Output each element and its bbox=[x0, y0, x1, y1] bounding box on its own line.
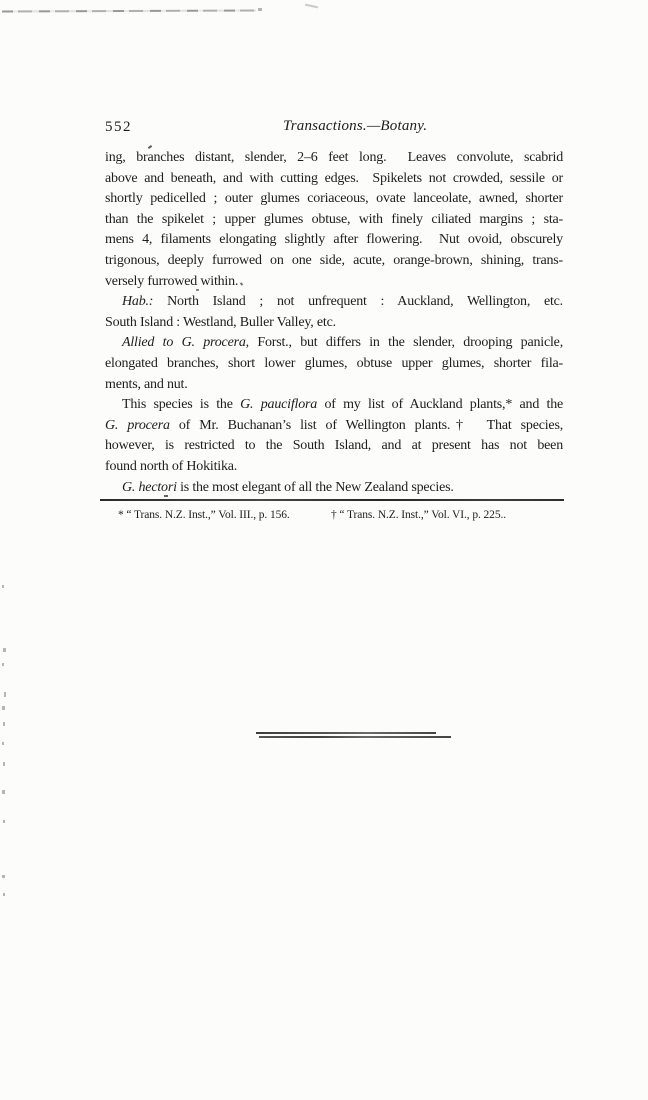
footnote-rule bbox=[100, 499, 564, 501]
text-line: Hab.: North Island ; not unfrequent : Au… bbox=[105, 292, 563, 313]
text-segment: however, is restricted to the South Isla… bbox=[105, 438, 563, 453]
text-segment: mens 4, filaments elongating slightly af… bbox=[105, 232, 563, 247]
text-segment: This species is the bbox=[122, 397, 240, 412]
text-segment: found north of Hokitika. bbox=[105, 459, 237, 474]
italic-text-segment: Allied to G. procera bbox=[122, 335, 246, 350]
scan-speck bbox=[4, 692, 6, 697]
text-line: This species is the G. pauciflora of my … bbox=[105, 395, 563, 416]
text-line: versely furrowed within. bbox=[105, 272, 563, 293]
scan-speck bbox=[3, 893, 5, 896]
scan-speck bbox=[3, 648, 6, 652]
text-segment: North Island ; not unfrequent : Auckland… bbox=[153, 294, 563, 309]
text-line: however, is restricted to the South Isla… bbox=[105, 436, 563, 457]
text-segment: ing, branches distant, slender, 2–6 feet… bbox=[105, 150, 563, 165]
text-segment: of my list of Auckland plants,* and the bbox=[317, 397, 563, 412]
text-segment: above and beneath, and with cutting edge… bbox=[105, 171, 563, 186]
scanned-document-page: 552 Transactions.—Botany. ing, branches … bbox=[0, 0, 648, 1100]
scan-speck bbox=[2, 585, 4, 588]
italic-text-segment: G. procera bbox=[105, 418, 170, 433]
italic-text-segment: Hab.: bbox=[122, 294, 153, 309]
scan-speck bbox=[305, 4, 318, 9]
section-divider-rule bbox=[255, 732, 451, 738]
footnote-right: † “ Trans. N.Z. Inst.,” Vol. VI., p. 225… bbox=[331, 507, 506, 523]
scan-speck bbox=[2, 706, 5, 710]
text-line: South Island : Westland, Buller Valley, … bbox=[105, 313, 563, 334]
text-segment: elongated branches, short lower glumes, … bbox=[105, 356, 563, 371]
scan-speck bbox=[3, 820, 5, 823]
text-line: shortly pedicelled ; outer glumes coriac… bbox=[105, 189, 563, 210]
italic-text-segment: G. hectori bbox=[122, 480, 177, 495]
section-divider-rule-top bbox=[256, 732, 436, 734]
body-text-column: ing, branches distant, slender, 2–6 feet… bbox=[105, 148, 563, 498]
scan-speck bbox=[3, 722, 5, 726]
text-line: mens 4, filaments elongating slightly af… bbox=[105, 230, 563, 251]
section-divider-rule-bottom bbox=[259, 736, 451, 738]
scan-speck bbox=[3, 762, 5, 766]
text-line: Allied to G. procera, Forst., but differ… bbox=[105, 333, 563, 354]
text-line: elongated branches, short lower glumes, … bbox=[105, 354, 563, 375]
text-segment: , Forst., but differs in the slender, dr… bbox=[246, 335, 563, 350]
scan-speck bbox=[2, 875, 5, 878]
running-title: Transactions.—Botany. bbox=[283, 118, 427, 135]
text-line: G. hectori is the most elegant of all th… bbox=[105, 478, 563, 499]
text-segment: than the spikelet ; upper glumes obtuse,… bbox=[105, 212, 563, 227]
text-segment: is the most elegant of all the New Zeala… bbox=[177, 480, 454, 495]
text-line: ments, and nut. bbox=[105, 375, 563, 396]
text-line: found north of Hokitika. bbox=[105, 457, 563, 478]
text-segment: versely furrowed within. bbox=[105, 274, 238, 289]
text-segment: trigonous, deeply furrowed on one side, … bbox=[105, 253, 563, 268]
page-number: 552 bbox=[105, 119, 132, 136]
text-line: G. procera of Mr. Buchanan’s list of Wel… bbox=[105, 416, 563, 437]
scan-artifact-top-streak bbox=[2, 9, 256, 12]
italic-text-segment: G. pauciflora bbox=[240, 397, 317, 412]
text-line: ing, branches distant, slender, 2–6 feet… bbox=[105, 148, 563, 169]
text-segment: ments, and nut. bbox=[105, 377, 188, 392]
text-segment: of Mr. Buchanan’s list of Wellington pla… bbox=[170, 418, 563, 433]
text-segment: shortly pedicelled ; outer glumes coriac… bbox=[105, 191, 563, 206]
text-line: trigonous, deeply furrowed on one side, … bbox=[105, 251, 563, 272]
footnote-left: * “ Trans. N.Z. Inst.,” Vol. III., p. 15… bbox=[118, 507, 290, 523]
scan-speck bbox=[2, 663, 4, 666]
scan-speck bbox=[2, 790, 5, 794]
scan-speck bbox=[2, 742, 4, 745]
text-segment: South Island : Westland, Buller Valley, … bbox=[105, 315, 336, 330]
scan-speck bbox=[258, 8, 262, 11]
text-line: above and beneath, and with cutting edge… bbox=[105, 169, 563, 190]
text-line: than the spikelet ; upper glumes obtuse,… bbox=[105, 210, 563, 231]
